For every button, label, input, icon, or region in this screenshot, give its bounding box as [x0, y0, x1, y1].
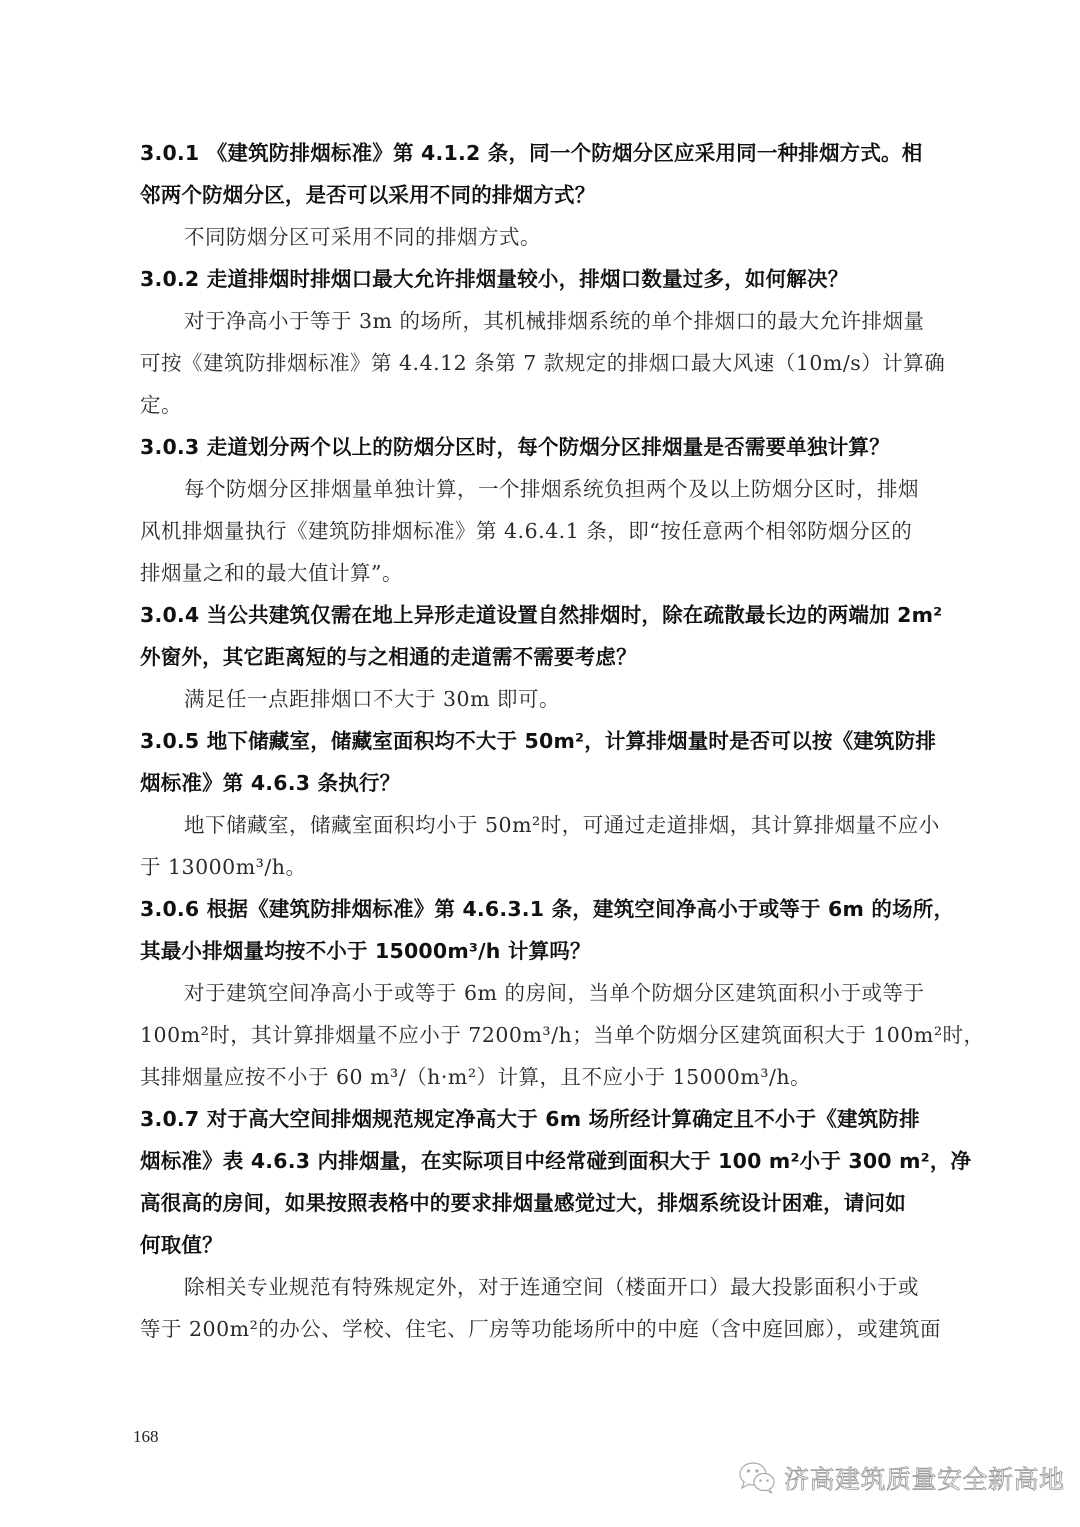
question-text-line: 其最小排烟量均按不小于 15000m³/h 计算吗？ — [140, 930, 591, 972]
question-text-line: 3.0.4 当公共建筑仅需在地上异形走道设置自然排烟时，除在疏散最长边的两端加 … — [140, 594, 942, 636]
question-text-line: 高很高的房间，如果按照表格中的要求排烟量感觉过大，排烟系统设计困难，请问如 — [140, 1182, 906, 1224]
question-text-line: 烟标准》表 4.6.3 内排烟量，在实际项目中经常碰到面积大于 100 m²小于… — [140, 1140, 971, 1182]
question-text-line: 3.0.7 对于高大空间排烟规范规定净高大于 6m 场所经计算确定且不小于《建筑… — [140, 1098, 920, 1140]
answer-text-line: 可按《建筑防排烟标准》第 4.4.12 条第 7 款规定的排烟口最大风速（10m… — [140, 342, 945, 384]
answer-text-line: 其排烟量应按不小于 60 m³/（h·m²）计算，且不应小于 15000m³/h… — [140, 1056, 811, 1098]
answer-text-line: 对于建筑空间净高小于或等于 6m 的房间，当单个防烟分区建筑面积小于或等于 — [184, 972, 925, 1014]
answer-text-line: 定。 — [140, 384, 182, 426]
question-text-line: 外窗外，其它距离短的与之相通的走道需不需要考虑？ — [140, 636, 637, 678]
question-text-line: 3.0.1 《建筑防排烟标准》第 4.1.2 条，同一个防烟分区应采用同一种排烟… — [140, 132, 922, 174]
answer-text-line: 地下储藏室，储藏室面积均小于 50m²时，可通过走道排烟，其计算排烟量不应小 — [184, 804, 940, 846]
watermark: 济高建筑质量安全新高地 — [738, 1460, 1065, 1496]
answer-text-line: 等于 200m²的办公、学校、住宅、厂房等功能场所中的中庭（含中庭回廊），或建筑… — [140, 1308, 941, 1350]
question-text-line: 邻两个防烟分区，是否可以采用不同的排烟方式？ — [140, 174, 595, 216]
question-text-line: 何取值？ — [140, 1224, 223, 1266]
wechat-icon — [738, 1461, 778, 1495]
answer-text-line: 对于净高小于等于 3m 的场所，其机械排烟系统的单个排烟口的最大允许排烟量 — [184, 300, 925, 342]
answer-text-line: 不同防烟分区可采用不同的排烟方式。 — [184, 216, 541, 258]
answer-text-line: 100m²时，其计算排烟量不应小于 7200m³/h；当单个防烟分区建筑面积大于… — [140, 1014, 985, 1056]
question-text-line: 3.0.3 走道划分两个以上的防烟分区时，每个防烟分区排烟量是否需要单独计算？ — [140, 426, 890, 468]
answer-text-line: 每个防烟分区排烟量单独计算，一个排烟系统负担两个及以上防烟分区时，排烟 — [184, 468, 919, 510]
watermark-text: 济高建筑质量安全新高地 — [784, 1460, 1065, 1496]
answer-text-line: 除相关专业规范有特殊规定外，对于连通空间（楼面开口）最大投影面积小于或 — [184, 1266, 919, 1308]
answer-text-line: 排烟量之和的最大值计算”。 — [140, 552, 403, 594]
answer-text-line: 满足任一点距排烟口不大于 30m 即可。 — [184, 678, 560, 720]
question-text-line: 3.0.5 地下储藏室，储藏室面积均不大于 50m²，计算排烟量时是否可以按《建… — [140, 720, 936, 762]
question-text-line: 3.0.2 走道排烟时排烟口最大允许排烟量较小，排烟口数量过多，如何解决？ — [140, 258, 848, 300]
answer-text-line: 于 13000m³/h。 — [140, 846, 307, 888]
question-text-line: 烟标准》第 4.6.3 条执行？ — [140, 762, 400, 804]
page-number: 168 — [133, 1427, 159, 1447]
question-text-line: 3.0.6 根据《建筑防排烟标准》第 4.6.3.1 条，建筑空间净高小于或等于… — [140, 888, 954, 930]
document-page: 3.0.1 《建筑防排烟标准》第 4.1.2 条，同一个防烟分区应采用同一种排烟… — [0, 0, 1080, 1527]
answer-text-line: 风机排烟量执行《建筑防排烟标准》第 4.6.4.1 条，即“按任意两个相邻防烟分… — [140, 510, 912, 552]
